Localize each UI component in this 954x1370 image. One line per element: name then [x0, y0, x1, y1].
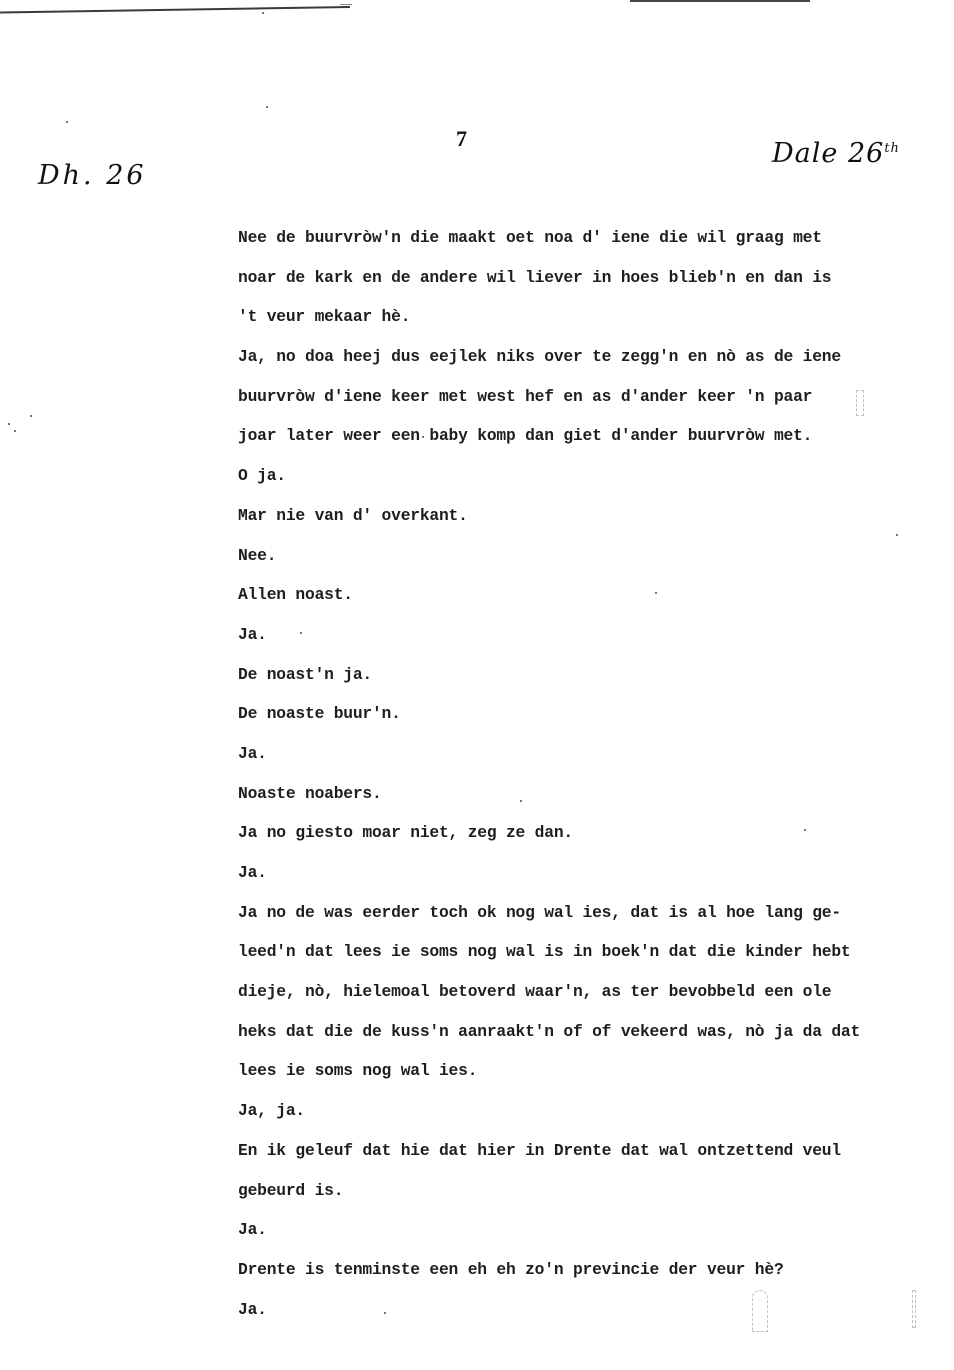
transcript-line: Mar nie van d' overkant. [238, 503, 918, 543]
page-number: 7 [456, 126, 467, 152]
transcript-line: buurvròw d'iene keer met west hef en as … [238, 384, 918, 424]
scan-speck [804, 829, 806, 831]
transcript-line: Nee de buurvròw'n die maakt oet noa d' i… [238, 225, 918, 265]
transcript-line: joar later weer een baby komp dan giet d… [238, 423, 918, 463]
transcript-body: Nee de buurvròw'n die maakt oet noa d' i… [238, 225, 918, 1336]
top-right-rule [630, 0, 810, 2]
transcript-line: heks dat die de kuss'n aanraakt'n of of … [238, 1019, 918, 1059]
handwritten-header-note: Dale 26th [772, 138, 900, 169]
scan-speck [384, 1312, 386, 1314]
transcript-line: leed'n dat lees ie soms nog wal is in bo… [238, 939, 918, 979]
transcript-line: Ja no de was eerder toch ok nog wal ies,… [238, 900, 918, 940]
scan-speck [30, 415, 32, 417]
transcript-line: Noaste noabers. [238, 781, 918, 821]
scan-speck [520, 800, 522, 802]
transcript-line: Ja no giesto moar niet, zeg ze dan. [238, 820, 918, 860]
top-left-rule [0, 6, 350, 13]
scan-smudge [752, 1290, 768, 1332]
handwritten-margin-note: Dh. 26 [38, 160, 147, 191]
scan-speck [8, 423, 10, 425]
scan-speck [262, 12, 264, 14]
transcript-line: Allen noast. [238, 582, 918, 622]
scan-speck [14, 430, 16, 432]
transcript-line: dieje, nò, hielemoal betoverd waar'n, as… [238, 979, 918, 1019]
transcript-line: Ja, ja. [238, 1098, 918, 1138]
transcript-line: Drente is tenminste een eh eh zo'n previ… [238, 1257, 918, 1297]
scan-smudge [912, 1290, 916, 1328]
scan-speck [896, 534, 898, 536]
top-left-rule-tail [340, 4, 352, 5]
transcript-line: gebeurd is. [238, 1178, 918, 1218]
scan-speck [422, 436, 424, 438]
transcript-line: noar de kark en de andere wil liever in … [238, 265, 918, 305]
transcript-line: De noaste buur'n. [238, 701, 918, 741]
scan-speck [300, 632, 302, 634]
transcript-line: Ja. [238, 860, 918, 900]
transcript-line: Nee. [238, 543, 918, 583]
transcript-line: Ja. [238, 1297, 918, 1337]
scan-speck [66, 121, 68, 123]
transcript-line: lees ie soms nog wal ies. [238, 1058, 918, 1098]
transcript-line: Ja. [238, 741, 918, 781]
handwritten-header-suffix: th [884, 141, 900, 156]
transcript-line: Ja, no doa heej dus eejlek niks over te … [238, 344, 918, 384]
transcript-line: Ja. [238, 622, 918, 662]
scan-speck [266, 106, 268, 108]
transcript-line: O ja. [238, 463, 918, 503]
handwritten-header-text: Dale 26 [772, 138, 884, 169]
transcript-line: En ik geleuf dat hie dat hier in Drente … [238, 1138, 918, 1178]
scan-smudge [856, 390, 864, 416]
transcript-line: De noast'n ja. [238, 662, 918, 702]
transcript-line: Ja. [238, 1217, 918, 1257]
transcript-line: 't veur mekaar hè. [238, 304, 918, 344]
scan-speck [655, 592, 657, 594]
